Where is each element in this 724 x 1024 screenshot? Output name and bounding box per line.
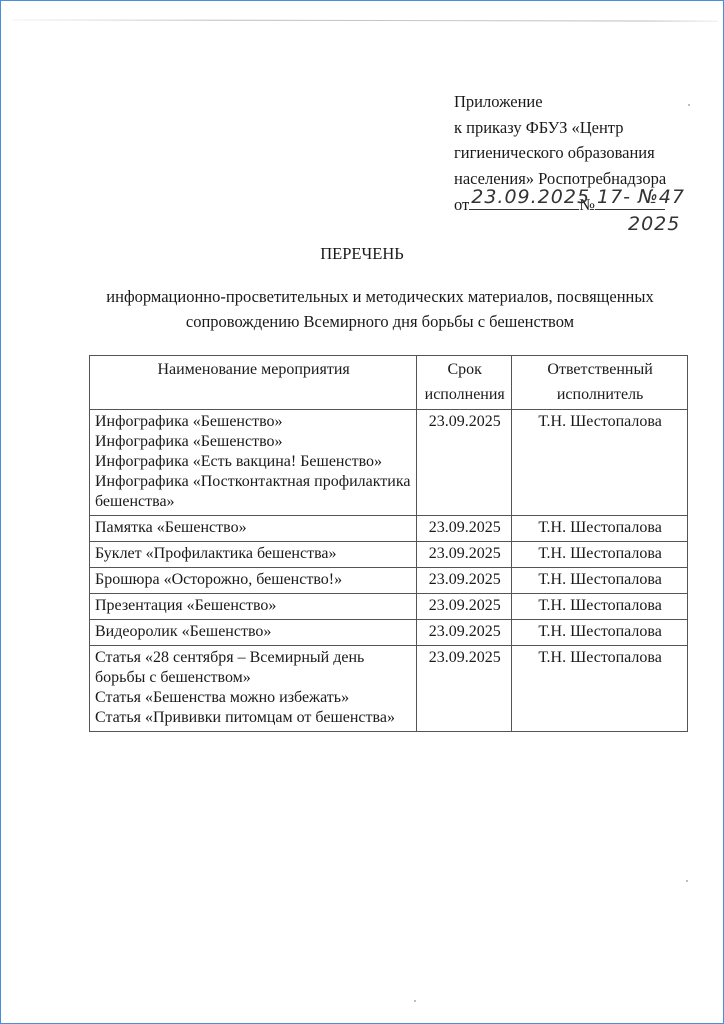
scan-speck bbox=[688, 104, 690, 106]
responsible-cell: Т.Н. Шестопалова bbox=[512, 620, 688, 646]
event-name-cell: Памятка «Бешенство» bbox=[90, 516, 417, 542]
header-responsible: Ответственный исполнитель bbox=[512, 356, 688, 410]
event-name-cell: Инфографика «Бешенство»Инфографика «Беше… bbox=[90, 410, 417, 516]
material-item: Статья «28 сентября – Всемирный день бор… bbox=[95, 648, 412, 688]
material-item: Статья «Бешенства можно избежать» bbox=[95, 688, 412, 708]
material-item: Инфографика «Постконтактная профилактика… bbox=[95, 472, 412, 512]
event-name-cell: Презентация «Бешенство» bbox=[90, 594, 417, 620]
appendix-block: Приложение к приказу ФБУЗ «Центр гигиени… bbox=[454, 89, 704, 218]
date-field: 23.09.2025 bbox=[469, 191, 579, 210]
responsible-cell: Т.Н. Шестопалова bbox=[512, 516, 688, 542]
material-item: Презентация «Бешенство» bbox=[95, 596, 412, 616]
material-item: Инфографика «Бешенство» bbox=[95, 412, 412, 432]
deadline-cell: 23.09.2025 bbox=[417, 410, 512, 516]
deadline-cell: 23.09.2025 bbox=[417, 516, 512, 542]
event-name-cell: Буклет «Профилактика бешенства» bbox=[90, 542, 417, 568]
deadline-cell: 23.09.2025 bbox=[417, 594, 512, 620]
responsible-cell: Т.Н. Шестопалова bbox=[512, 542, 688, 568]
table-row: Статья «28 сентября – Всемирный день бор… bbox=[90, 646, 688, 732]
table-row: Презентация «Бешенство»23.09.2025Т.Н. Ше… bbox=[90, 594, 688, 620]
document-title: ПЕРЕЧЕНЬ bbox=[0, 244, 724, 264]
scan-speck bbox=[686, 880, 688, 882]
event-name-cell: Статья «28 сентября – Всемирный день бор… bbox=[90, 646, 417, 732]
appendix-line: гигиенического образования bbox=[454, 140, 704, 166]
material-item: Памятка «Бешенство» bbox=[95, 518, 412, 538]
date-prefix: от bbox=[454, 195, 469, 214]
handwritten-date: 23.09.2025 bbox=[471, 185, 590, 211]
materials-table: Наименование мероприятия Срок исполнения… bbox=[89, 355, 688, 732]
material-item: Буклет «Профилактика бешенства» bbox=[95, 544, 412, 564]
subtitle-line: информационно-просветительных и методиче… bbox=[60, 284, 700, 309]
table-row: Видеоролик «Бешенство»23.09.2025Т.Н. Шес… bbox=[90, 620, 688, 646]
header-deadline: Срок исполнения bbox=[417, 356, 512, 410]
responsible-cell: Т.Н. Шестопалова bbox=[512, 410, 688, 516]
responsible-cell: Т.Н. Шестопалова bbox=[512, 646, 688, 732]
handwritten-number: 17- №47 bbox=[597, 185, 685, 211]
deadline-cell: 23.09.2025 bbox=[417, 568, 512, 594]
appendix-line: Приложение bbox=[454, 89, 704, 115]
table-row: Инфографика «Бешенство»Инфографика «Беше… bbox=[90, 410, 688, 516]
responsible-cell: Т.Н. Шестопалова bbox=[512, 568, 688, 594]
material-item: Инфографика «Бешенство» bbox=[95, 432, 412, 452]
document-subtitle: информационно-просветительных и методиче… bbox=[60, 284, 700, 334]
material-item: Инфографика «Есть вакцина! Бешенство» bbox=[95, 452, 412, 472]
number-field: 17- №47 bbox=[595, 191, 665, 210]
scan-speck bbox=[414, 1000, 416, 1002]
material-item: Видеоролик «Бешенство» bbox=[95, 622, 412, 642]
responsible-cell: Т.Н. Шестопалова bbox=[512, 594, 688, 620]
table-row: Памятка «Бешенство»23.09.2025Т.Н. Шестоп… bbox=[90, 516, 688, 542]
handwritten-number-year: 2025 bbox=[628, 213, 680, 235]
subtitle-line: сопровождению Всемирного дня борьбы с бе… bbox=[60, 309, 700, 334]
table-header-row: Наименование мероприятия Срок исполнения… bbox=[90, 356, 688, 410]
table-row: Буклет «Профилактика бешенства»23.09.202… bbox=[90, 542, 688, 568]
material-item: Брошюра «Осторожно, бешенство!» bbox=[95, 570, 412, 590]
table-row: Брошюра «Осторожно, бешенство!»23.09.202… bbox=[90, 568, 688, 594]
deadline-cell: 23.09.2025 bbox=[417, 542, 512, 568]
material-item: Статья «Прививки питомцам от бешенства» bbox=[95, 708, 412, 728]
deadline-cell: 23.09.2025 bbox=[417, 620, 512, 646]
deadline-cell: 23.09.2025 bbox=[417, 646, 512, 732]
header-event-name: Наименование мероприятия bbox=[90, 356, 417, 410]
event-name-cell: Брошюра «Осторожно, бешенство!» bbox=[90, 568, 417, 594]
appendix-line: к приказу ФБУЗ «Центр bbox=[454, 115, 704, 141]
event-name-cell: Видеоролик «Бешенство» bbox=[90, 620, 417, 646]
